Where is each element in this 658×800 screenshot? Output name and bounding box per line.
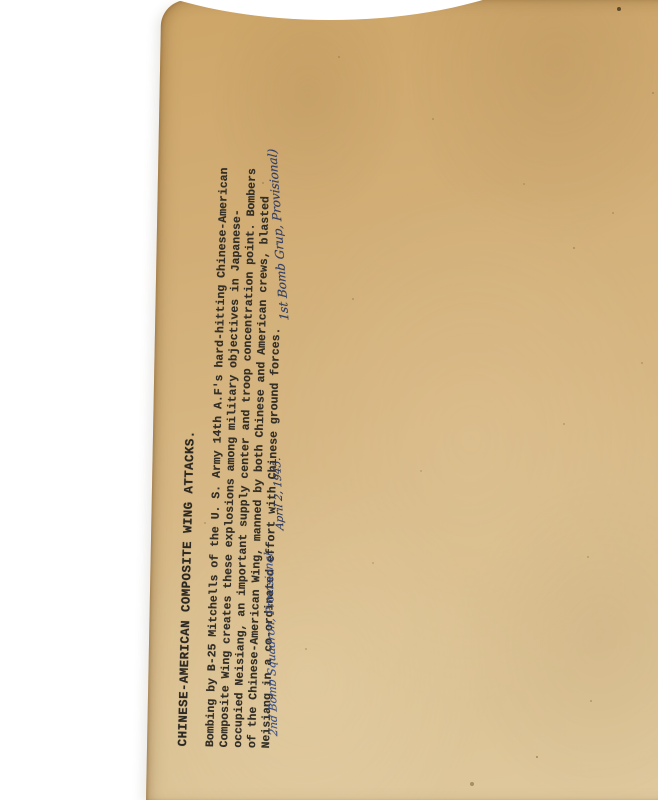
handwritten-date-annotation: April 2, 1945. xyxy=(271,457,286,531)
paper-speckle-texture xyxy=(0,0,2,2)
caption-block: CHINESE-AMERICAN COMPOSITE WING ATTACKS.… xyxy=(168,48,335,751)
scan-background: CHINESE-AMERICAN COMPOSITE WING ATTACKS.… xyxy=(0,0,658,800)
